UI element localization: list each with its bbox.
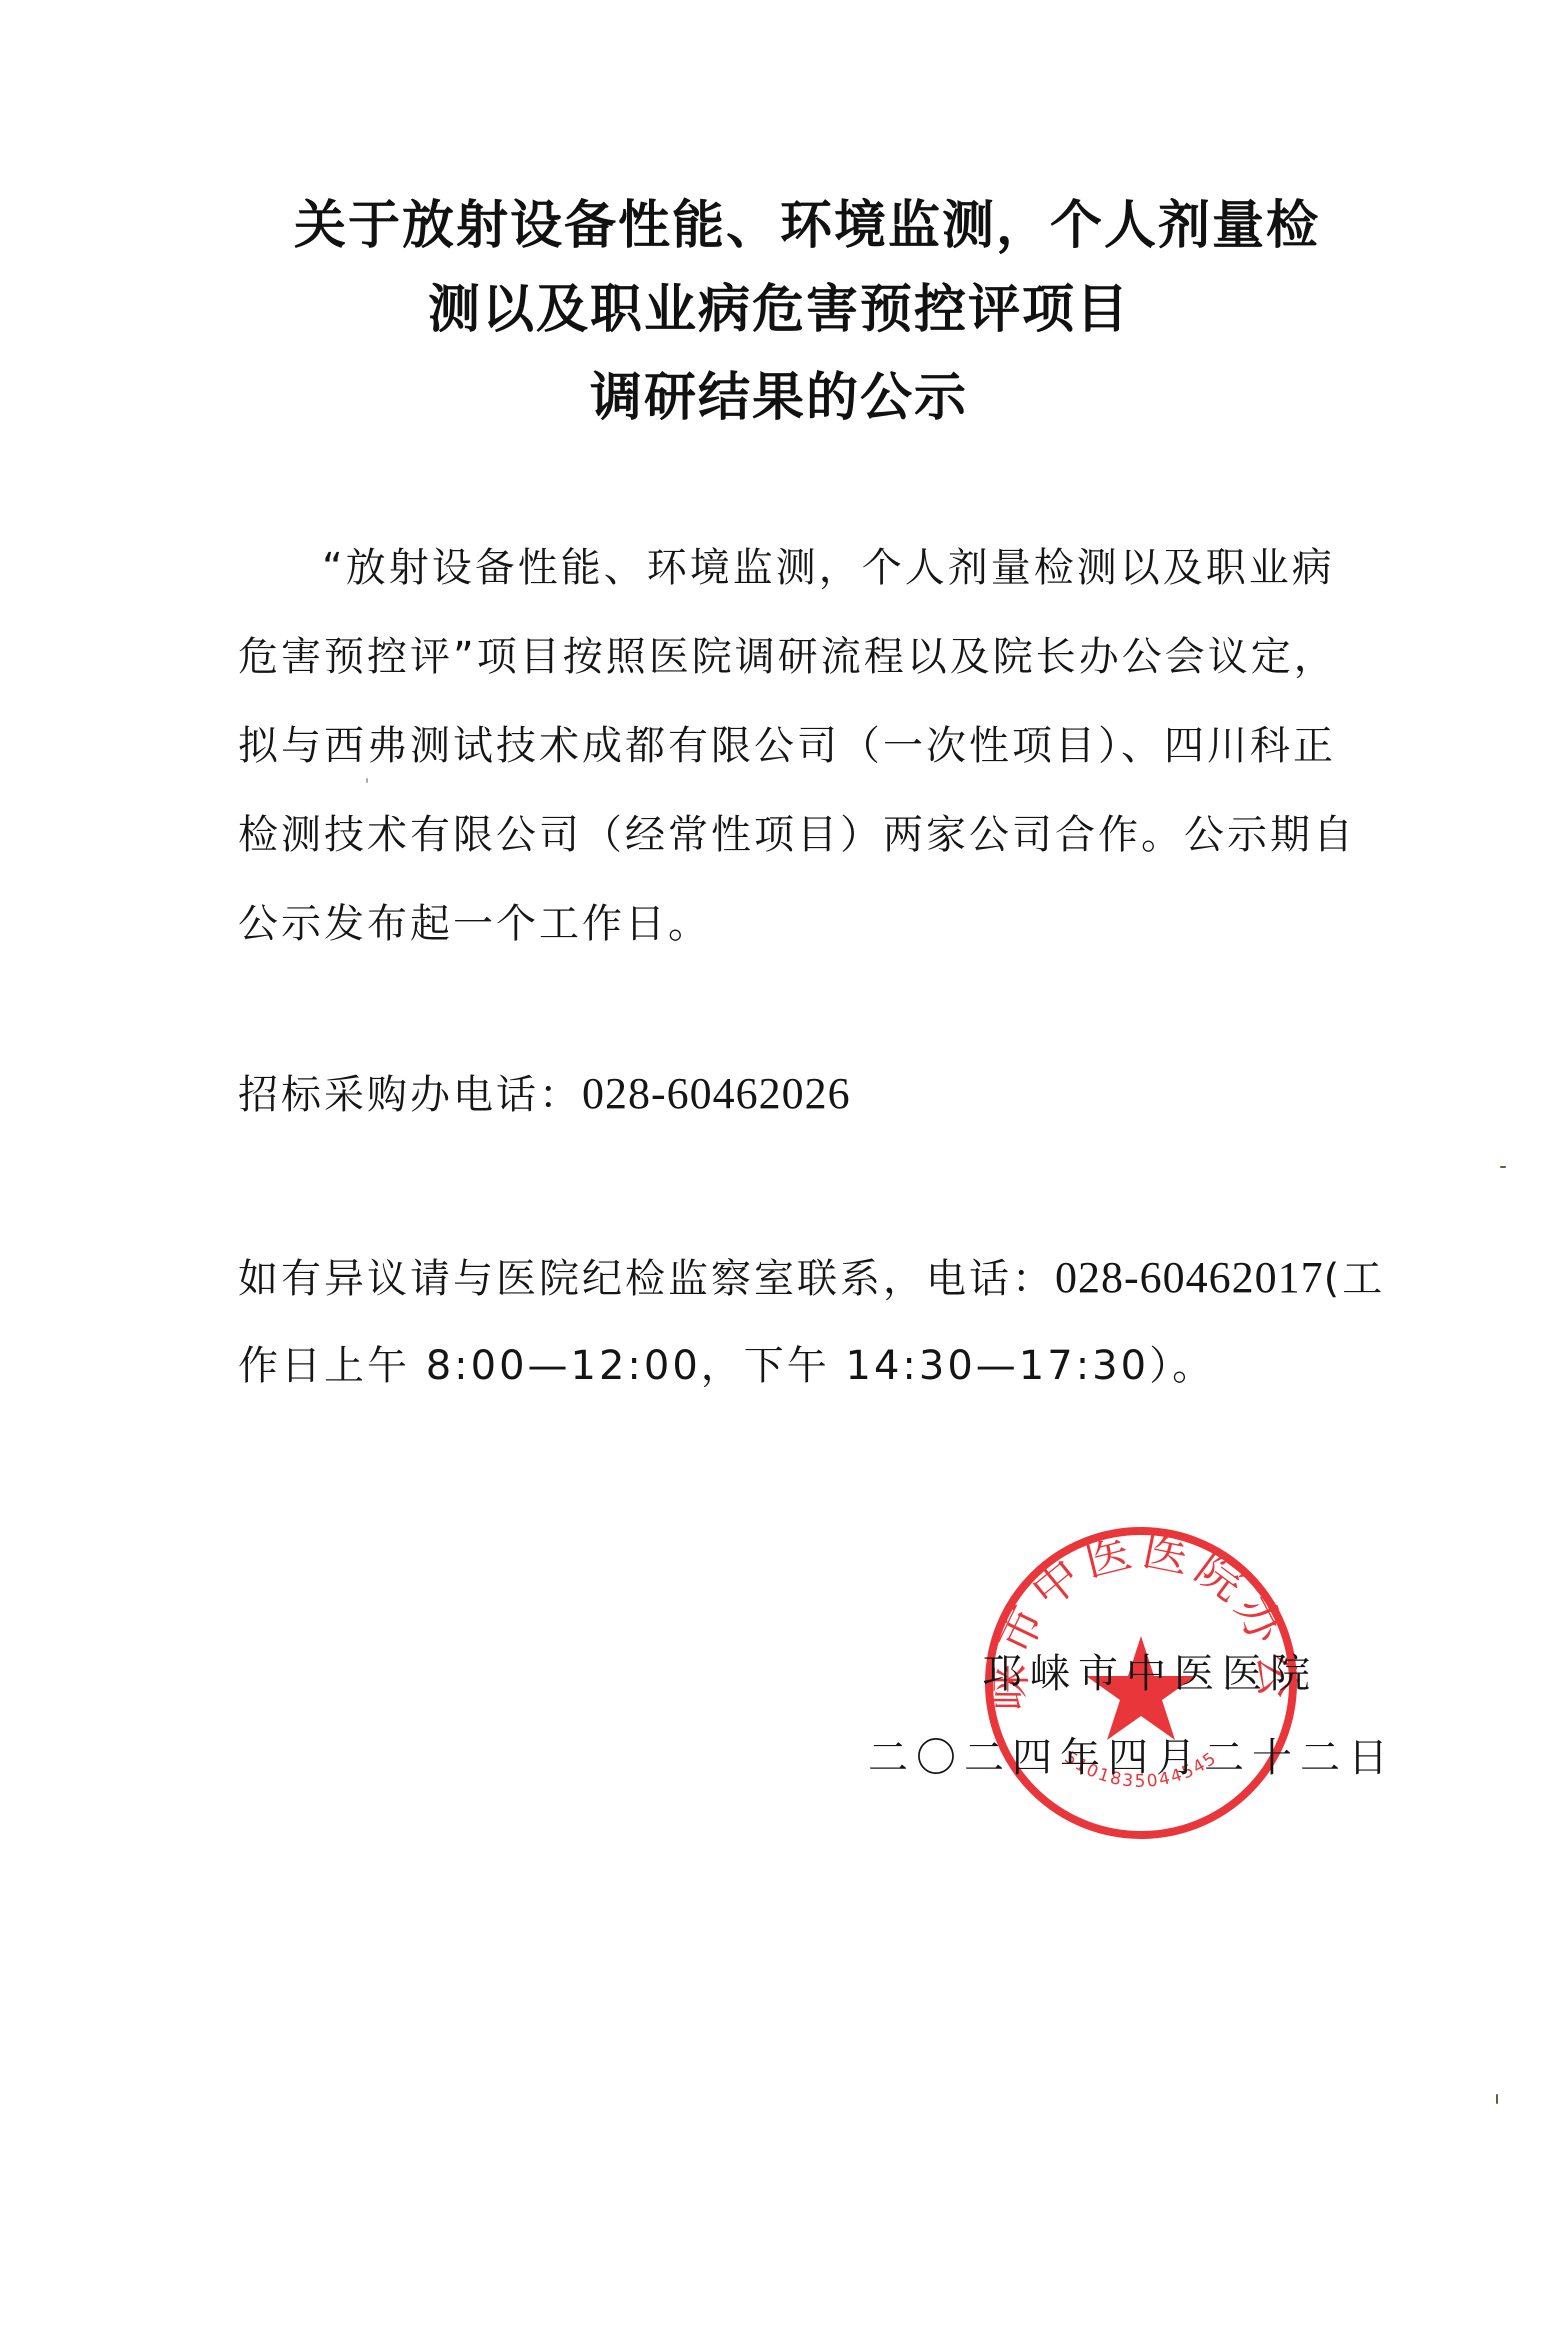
title-line-2: 测以及职业病危害预控评项目 — [2, 280, 1554, 340]
scan-speck — [1500, 1166, 1506, 1168]
scan-speck — [366, 778, 368, 783]
objection-contact-line-2: 作日上午 8:00—12:00，下午 14:30—17:30）。 — [238, 1336, 1215, 1396]
signature-date: 二〇二四年四月二十二日 — [868, 1728, 1396, 1788]
paragraph-line: 检测技术有限公司（经常性项目）两家公司合作。公示期自 — [238, 805, 1356, 865]
objection-label: 如有异议请与医院纪检监察室联系，电话： — [238, 1256, 1055, 1302]
procurement-contact: 招标采购办电话：028-60462026 — [238, 1064, 851, 1125]
signature-organization: 邛崃市中医医院 — [982, 1644, 1318, 1704]
paragraph-line: “放射设备性能、环境监测，个人剂量检测以及职业病 — [322, 538, 1335, 598]
title-line-3: 调研结果的公示 — [2, 368, 1554, 428]
procurement-phone: 028-60462026 — [582, 1069, 851, 1118]
procurement-label: 招标采购办电话： — [238, 1072, 582, 1118]
objection-contact-line-1: 如有异议请与医院纪检监察室联系，电话：028-60462017(工 — [238, 1248, 1385, 1309]
document-page: 关于放射设备性能、环境监测，个人剂量检 测以及职业病危害预控评项目 调研结果的公… — [0, 0, 1554, 2347]
paragraph-line: 危害预控评”项目按照医院调研流程以及院长办公会议定， — [238, 627, 1337, 687]
paragraph-line: 公示发布起一个工作日。 — [238, 894, 711, 954]
objection-tail: (工 — [1324, 1256, 1386, 1302]
title-line-1: 关于放射设备性能、环境监测，个人剂量检 — [30, 196, 1554, 256]
paragraph-line: 拟与西弗测试技术成都有限公司（一次性项目）、四川科正 — [238, 716, 1336, 776]
scan-speck — [1496, 2094, 1498, 2104]
objection-phone: 028-60462017 — [1055, 1253, 1324, 1302]
